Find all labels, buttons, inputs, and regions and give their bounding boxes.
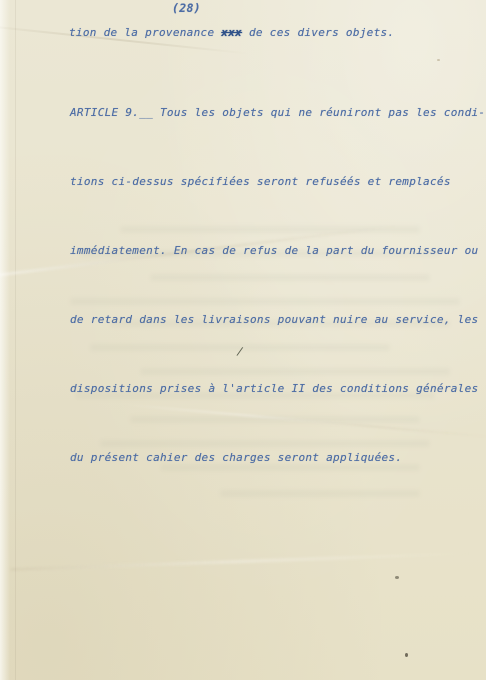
article-9-line: tions ci-dessus spécifiées seront refusé… (70, 170, 485, 193)
paper-left-edge (0, 0, 10, 680)
article-9-paragraph: ARTICLE 9.__ Tous les objets qui ne réun… (70, 55, 485, 515)
continuation-text-after: de ces divers objets. (242, 26, 394, 39)
article-9-line: dispositions prises à l'article II des c… (70, 377, 485, 400)
paper-crease (10, 552, 470, 571)
paragraph-continuation: tion de la provenance xxx de ces divers … (69, 21, 394, 44)
paper-speck (395, 576, 399, 579)
article-9-line: immédiatement. En cas de refus de la par… (70, 239, 485, 262)
article-9-line: de retard dans les livraisons pouvant nu… (70, 308, 485, 331)
struck-out-word: xxx (221, 26, 242, 39)
paper-speck (405, 653, 408, 657)
article-9-line: ARTICLE 9.__ Tous les objets qui ne réun… (70, 101, 485, 124)
fold-line (15, 0, 16, 680)
article-9-line: du présent cahier des charges seront app… (70, 446, 485, 469)
continuation-text-before: tion de la provenance (69, 26, 221, 39)
page-number: (28) (172, 1, 201, 15)
scanned-document-page: (28) tion de la provenance xxx de ces di… (0, 0, 486, 680)
